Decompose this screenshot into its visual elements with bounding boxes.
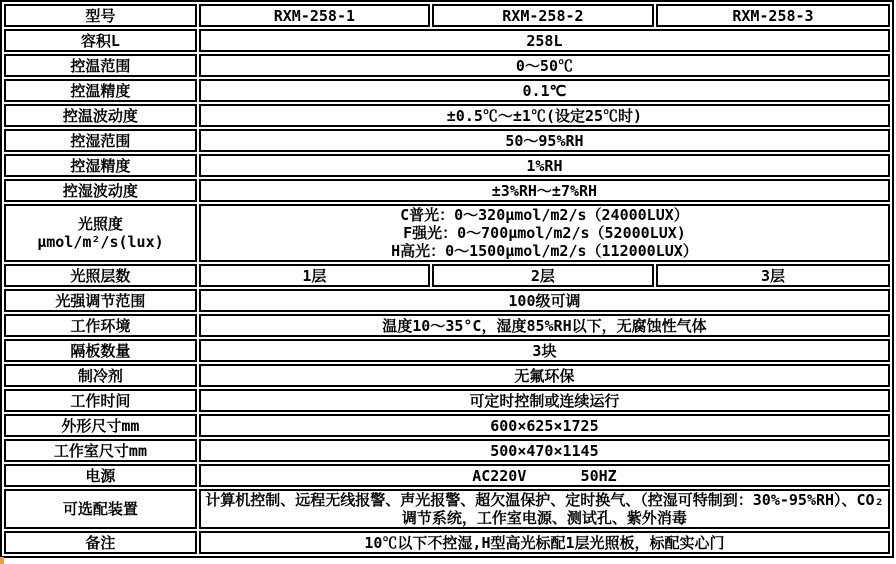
row-label-work-time: 工作时间 bbox=[4, 389, 197, 412]
row-refrigerant: 制冷剂 无氟环保 bbox=[4, 364, 890, 387]
row-temp-accuracy: 控温精度 0.1℃ bbox=[4, 79, 890, 102]
row-optional-devices: 可选配装置 计算机控制、远程无线报警、声光报警、超欠温保护、定时换气、（控湿可特… bbox=[4, 489, 890, 529]
corner-cursor-artifact bbox=[0, 557, 4, 564]
row-value-work-time: 可定时控制或连续运行 bbox=[199, 389, 890, 412]
row-remarks: 备注 10℃以下不控湿,H型高光标配1层光照板，标配实心门 bbox=[4, 531, 890, 554]
row-label-light-layers: 光照层数 bbox=[4, 264, 197, 287]
row-model: 型号 RXM-258-1 RXM-258-2 RXM-258-3 bbox=[4, 4, 890, 27]
row-illuminance: 光照度 μmol/m²/s(lux) C普光：0～320μmol/m2/s（24… bbox=[4, 204, 890, 262]
row-value-refrigerant: 无氟环保 bbox=[199, 364, 890, 387]
row-outer-size: 外形尺寸mm 600×625×1725 bbox=[4, 414, 890, 437]
row-light-layers: 光照层数 1层 2层 3层 bbox=[4, 264, 890, 287]
row-value-illuminance: C普光：0～320μmol/m2/s（24000LUX） F强光：0～700μm… bbox=[199, 204, 890, 262]
model-cell-3: RXM-258-3 bbox=[656, 4, 890, 27]
row-value-humidity-fluctuation: ±3%RH～±7%RH bbox=[199, 179, 890, 202]
row-label-humidity-accuracy: 控湿精度 bbox=[4, 154, 197, 177]
row-value-work-environment: 温度10～35°C，湿度85%RH以下，无腐蚀性气体 bbox=[199, 314, 890, 337]
row-label-model: 型号 bbox=[4, 4, 197, 27]
row-light-adjust: 光强调节范围 100级可调 bbox=[4, 289, 890, 312]
row-temp-range: 控温范围 0～50℃ bbox=[4, 54, 890, 77]
row-humidity-fluctuation: 控湿波动度 ±3%RH～±7%RH bbox=[4, 179, 890, 202]
row-value-temp-range: 0～50℃ bbox=[199, 54, 890, 77]
light-layers-cell-1: 1层 bbox=[199, 264, 430, 287]
row-volume: 容积L 258L bbox=[4, 29, 890, 52]
row-label-shelves: 隔板数量 bbox=[4, 339, 197, 362]
light-layers-cell-2: 2层 bbox=[432, 264, 654, 287]
row-label-temp-fluctuation: 控温波动度 bbox=[4, 104, 197, 127]
row-label-power: 电源 bbox=[4, 464, 197, 487]
row-chamber-size: 工作室尺寸mm 500×470×1145 bbox=[4, 439, 890, 462]
row-value-shelves: 3块 bbox=[199, 339, 890, 362]
row-label-humidity-range: 控湿范围 bbox=[4, 129, 197, 152]
model-cell-1: RXM-258-1 bbox=[199, 4, 430, 27]
model-cell-2: RXM-258-2 bbox=[432, 4, 654, 27]
row-value-outer-size: 600×625×1725 bbox=[199, 414, 890, 437]
row-work-time: 工作时间 可定时控制或连续运行 bbox=[4, 389, 890, 412]
row-humidity-accuracy: 控湿精度 1%RH bbox=[4, 154, 890, 177]
row-value-humidity-range: 50～95%RH bbox=[199, 129, 890, 152]
row-label-humidity-fluctuation: 控湿波动度 bbox=[4, 179, 197, 202]
row-work-environment: 工作环境 温度10～35°C，湿度85%RH以下，无腐蚀性气体 bbox=[4, 314, 890, 337]
spec-sheet-page: 型号 RXM-258-1 RXM-258-2 RXM-258-3 容积L 258… bbox=[0, 0, 896, 564]
row-shelves: 隔板数量 3块 bbox=[4, 339, 890, 362]
row-value-optional-devices: 计算机控制、远程无线报警、声光报警、超欠温保护、定时换气、（控湿可特制到：30%… bbox=[199, 489, 890, 529]
row-label-work-environment: 工作环境 bbox=[4, 314, 197, 337]
row-label-light-adjust: 光强调节范围 bbox=[4, 289, 197, 312]
row-humidity-range: 控湿范围 50～95%RH bbox=[4, 129, 890, 152]
row-power: 电源 AC220V 50HZ bbox=[4, 464, 890, 487]
spec-table: 型号 RXM-258-1 RXM-258-2 RXM-258-3 容积L 258… bbox=[0, 0, 894, 558]
row-value-power: AC220V 50HZ bbox=[199, 464, 890, 487]
row-label-temp-range: 控温范围 bbox=[4, 54, 197, 77]
row-temp-fluctuation: 控温波动度 ±0.5℃～±1℃(设定25℃时) bbox=[4, 104, 890, 127]
row-value-temp-fluctuation: ±0.5℃～±1℃(设定25℃时) bbox=[199, 104, 890, 127]
row-value-remarks: 10℃以下不控湿,H型高光标配1层光照板，标配实心门 bbox=[199, 531, 890, 554]
row-value-light-adjust: 100级可调 bbox=[199, 289, 890, 312]
row-label-remarks: 备注 bbox=[4, 531, 197, 554]
row-label-chamber-size: 工作室尺寸mm bbox=[4, 439, 197, 462]
row-value-chamber-size: 500×470×1145 bbox=[199, 439, 890, 462]
row-label-illuminance: 光照度 μmol/m²/s(lux) bbox=[4, 204, 197, 262]
light-layers-cell-3: 3层 bbox=[656, 264, 890, 287]
row-label-outer-size: 外形尺寸mm bbox=[4, 414, 197, 437]
row-label-temp-accuracy: 控温精度 bbox=[4, 79, 197, 102]
row-value-volume: 258L bbox=[199, 29, 890, 52]
row-label-volume: 容积L bbox=[4, 29, 197, 52]
row-value-temp-accuracy: 0.1℃ bbox=[199, 79, 890, 102]
row-label-optional-devices: 可选配装置 bbox=[4, 489, 197, 529]
row-label-refrigerant: 制冷剂 bbox=[4, 364, 197, 387]
row-value-humidity-accuracy: 1%RH bbox=[199, 154, 890, 177]
